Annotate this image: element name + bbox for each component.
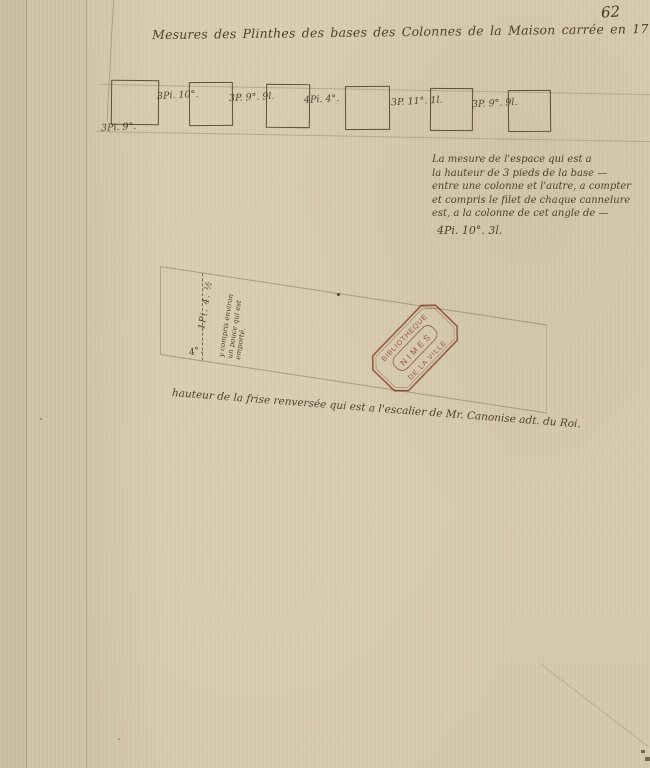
paper-speck [118,738,120,740]
manuscript-scan: 62 Mesures des Plinthes des bases des Co… [0,0,650,768]
note-line: La mesure de l'espace qui est a [432,153,644,167]
plinth-square-4 [345,86,390,130]
measure-label-first-plinth: 3Pi. 9°. [101,121,137,134]
binding-gutter-outer [0,0,27,768]
measure-label-gap-1: 3Pi. 10°. [157,89,199,102]
measurement-note: La mesure de l'espace qui est a la haute… [432,153,644,221]
corner-smudge [641,750,645,753]
note-line: et compris le filet de chaque cannelure [432,194,644,208]
note-line: entre une colonne et l'autre, a compter [432,180,644,194]
paper-speck [40,418,42,420]
plinth-square-1 [111,80,159,126]
measure-label-gap-3: 4Pi. 4°. [304,93,340,106]
binding-gutter-inner [27,0,87,768]
note-line: la hauteur de 3 pieds de la base — [432,167,644,181]
note-line: est, a la colonne de cet angle de — [432,207,644,221]
note-measurement-value: 4Pi. 10°. 3l. [437,224,502,237]
corner-smudge [645,757,650,761]
folio-number: 62 [600,2,620,21]
